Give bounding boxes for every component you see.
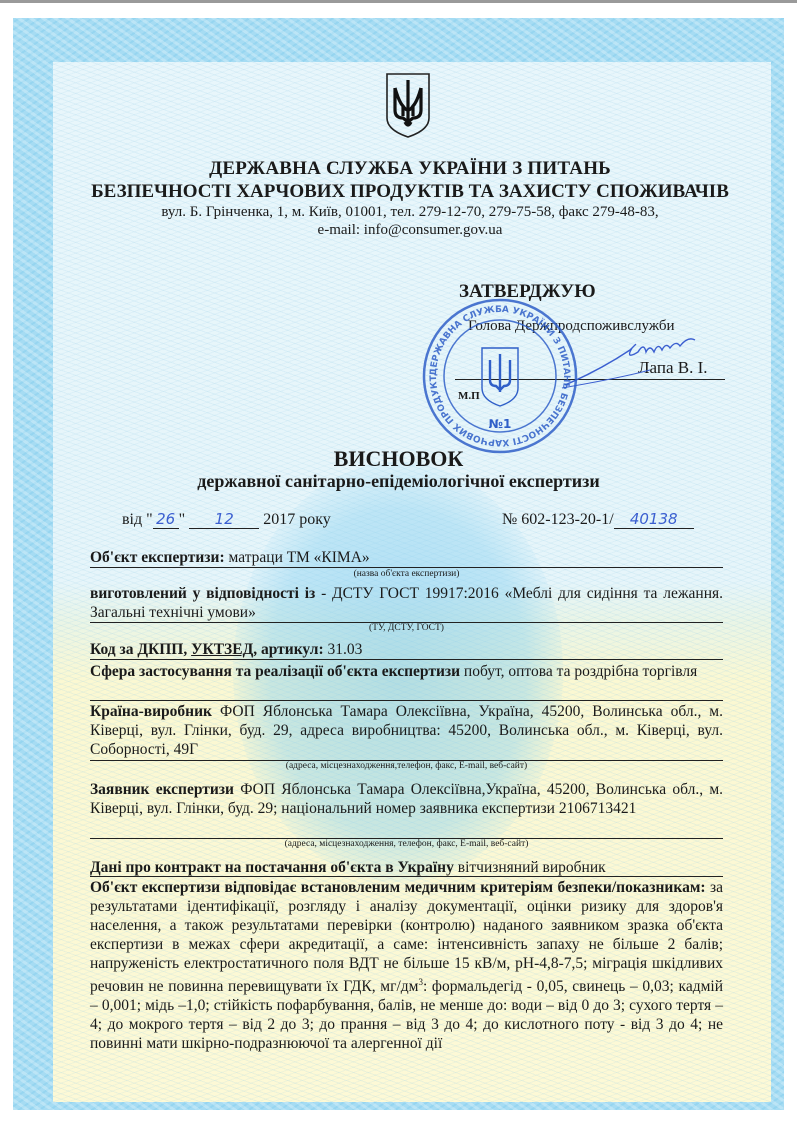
issue-date: від "26" 12 2017 року [122, 510, 331, 529]
field-contract-label: Дані про контракт на постачання об'єкта … [90, 859, 454, 876]
field-applicant-hint: (адреса, місцезнаходження, телефон, факс… [90, 839, 723, 849]
document-title: ВИСНОВОК [0, 446, 797, 472]
field-contract: Дані про контракт на постачання об'єкта … [90, 858, 723, 877]
field-object-value: матраци ТМ «КІМА» [225, 549, 370, 566]
seal-place-label: М.П [458, 390, 480, 402]
field-code-label: Код за ДКПП, УКТЗЕД, артикул: [90, 641, 324, 658]
field-scope-value: оптова та роздрібна торгівля [505, 663, 698, 680]
field-criteria-label: Об'єкт експертизи відповідає встановлени… [90, 879, 706, 896]
date-year: 2017 року [263, 511, 331, 528]
field-code: Код за ДКПП, УКТЗЕД, артикул: 31.03 [90, 640, 723, 659]
rule [90, 567, 723, 568]
agency-address: вул. Б. Грінченка, 1, м. Київ, 01001, те… [100, 204, 720, 221]
agency-email: e-mail: info@consumer.gov.ua [100, 222, 720, 239]
field-contract-value: вітчизняний виробник [454, 859, 606, 876]
agency-name-line2: БЕЗПЕЧНОСТІ ХАРЧОВИХ ПРОДУКТІВ ТА ЗАХИСТ… [80, 181, 740, 203]
field-object-hint: (назва об'єкта експертизи) [90, 569, 723, 579]
document-subtitle: державної санітарно-епідеміологічної екс… [0, 471, 797, 492]
svg-text:№1: №1 [489, 417, 512, 431]
trident-coat-of-arms-icon [383, 70, 433, 140]
agency-name-line1: ДЕРЖАВНА СЛУЖБА УКРАЇНИ З ПИТАНЬ [100, 158, 720, 180]
rule [90, 700, 723, 701]
field-code-value: 31.03 [324, 641, 363, 658]
field-applicant: Заявник експертизи ФОП Яблонська Тамара … [90, 780, 723, 818]
field-made-per-hint: (ТУ, ДСТУ, ГОСТ) [90, 623, 723, 633]
certificate-content: ДЕРЖАВНА СЛУЖБА УКРАЇНИ З ПИТАНЬ БЕЗПЕЧН… [0, 0, 797, 1129]
date-prefix: від " [122, 511, 153, 528]
field-scope-value-bold: побут, [460, 663, 504, 680]
field-applicant-label: Заявник експертизи [90, 781, 234, 798]
rule [90, 876, 723, 877]
field-scope: Сфера застосування та реалізації об'єкта… [90, 662, 723, 681]
field-object-label: Об'єкт експертизи: [90, 549, 225, 566]
field-criteria: Об'єкт експертизи відповідає встановлени… [90, 878, 723, 1053]
document-number: № 602-123-20-1/40138 [502, 510, 694, 529]
field-made-per: виготовлений у відповідності із - ДСТУ Г… [90, 584, 723, 622]
date-quote: " [179, 511, 186, 528]
field-country-label: Країна-виробник [90, 703, 212, 720]
field-scope-label: Сфера застосування та реалізації об'єкта… [90, 663, 460, 680]
field-object: Об'єкт експертизи: матраци ТМ «КІМА» [90, 548, 723, 567]
field-country-hint: (адреса, місцезнаходження,телефон, факс,… [90, 761, 723, 771]
field-made-per-label: виготовлений у відповідності із [90, 585, 315, 602]
number-prefix: № 602-123-20-1/ [502, 511, 614, 528]
field-country: Країна-виробник ФОП Яблонська Тамара Оле… [90, 702, 723, 759]
date-day: 26 [153, 510, 179, 529]
official-stamp-icon: ДЕРЖАВНА СЛУЖБА УКРАЇНИ З ПИТАНЬ БЕЗПЕЧН… [420, 296, 580, 456]
rule [90, 659, 723, 660]
handwritten-signature-icon [560, 330, 710, 390]
number-value: 40138 [614, 510, 694, 529]
date-month: 12 [189, 510, 259, 529]
